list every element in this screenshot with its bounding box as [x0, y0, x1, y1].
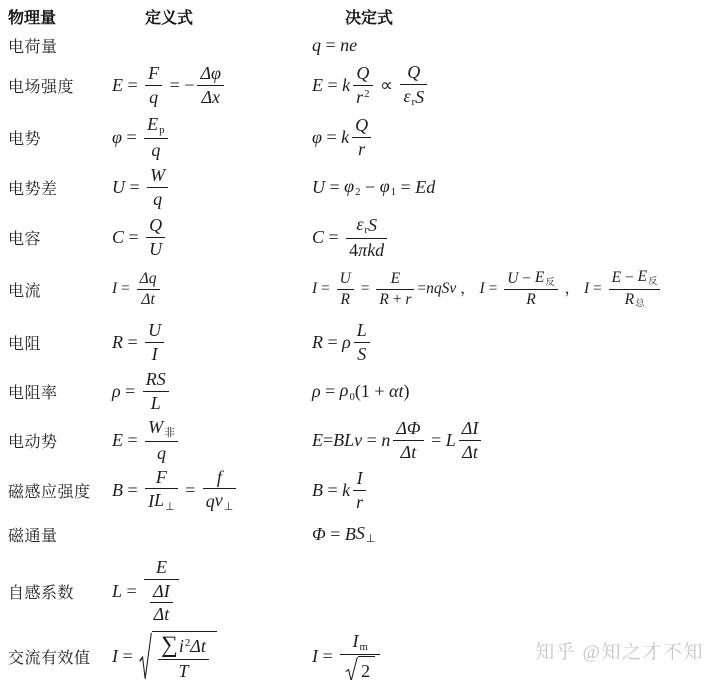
header-definition-formula: 定义式: [112, 5, 312, 28]
denominator: r: [352, 138, 371, 160]
subscript: p: [159, 124, 164, 136]
table-row: 电场强度 E = Fq = −ΔφΔx E = kQr2 ∝ QεrS: [8, 59, 720, 112]
math-variable: E: [112, 75, 123, 96]
subscript: ⊥: [165, 501, 174, 513]
header-physical-quantity: 物理量: [8, 5, 112, 28]
fraction: UI: [145, 320, 164, 364]
fraction: RSL: [143, 369, 169, 413]
math-variable: R: [341, 291, 350, 309]
math-operator: 4: [349, 240, 358, 261]
denominator: Δt: [137, 290, 160, 309]
fraction: EΔIΔt: [144, 557, 179, 625]
math-variable: E: [312, 430, 323, 451]
math-operator: =: [323, 480, 342, 501]
math-operator: −: [361, 177, 380, 198]
math-variable: T: [178, 661, 188, 680]
definition-formula: I = ∑i2ΔtT: [112, 631, 312, 680]
math-operator: =: [357, 280, 374, 298]
math-variable: n: [381, 430, 390, 451]
numerator: L: [354, 320, 370, 343]
math-variable: q: [153, 189, 162, 210]
math-operator: =: [125, 177, 144, 198]
math-operator: =: [321, 381, 340, 402]
math-variable: ρ: [312, 381, 321, 402]
denominator: q: [145, 86, 162, 108]
math-variable: C: [312, 227, 324, 248]
fraction: ΔqΔt: [137, 270, 160, 309]
denominator: U: [146, 238, 165, 260]
denominator: εrS: [400, 85, 427, 109]
math-operator: =: [323, 430, 333, 451]
math-variable: E: [156, 557, 167, 578]
watermark: 知乎 @知之才不知: [535, 637, 704, 664]
math-operator: −: [621, 269, 638, 287]
math-variable: F: [148, 63, 159, 84]
determining-formula: U = φ2 − φ1 = Ed: [312, 176, 720, 199]
numerator: Q: [353, 63, 372, 86]
summation-sign: ∑: [161, 634, 178, 657]
fraction: ΔφΔx: [197, 63, 224, 107]
math-operator: =: [122, 127, 141, 148]
math-variable: ne: [340, 35, 357, 56]
quantity-label: 电势: [8, 126, 112, 149]
numerator: I: [353, 468, 366, 491]
quantity-label: 电阻率: [8, 380, 112, 403]
numerator: F: [145, 467, 177, 490]
fraction: QεrS: [400, 62, 427, 109]
table-row: 电势 φ = Epq φ = kQr: [8, 112, 720, 162]
denominator: q: [144, 139, 167, 161]
radical-sign: [345, 656, 358, 680]
denominator: qv⊥: [203, 489, 236, 513]
definition-formula: C = QU: [112, 215, 312, 259]
math-operator: 2: [361, 661, 370, 680]
numerator: E: [144, 557, 179, 580]
determining-formula: ρ = ρ0(1 + αt): [312, 380, 720, 403]
numerator: RS: [143, 369, 169, 392]
numerator: E: [376, 270, 414, 290]
table-row: 电势差 U = Wq U = φ2 − φ1 = Ed: [8, 162, 720, 212]
definition-formula: ρ = RSL: [112, 369, 312, 413]
numerator: Q: [400, 62, 427, 85]
math-variable: R: [526, 291, 535, 309]
determining-formula: B = kIr: [312, 468, 720, 512]
denominator: q: [145, 442, 178, 464]
math-variable: U: [312, 177, 325, 198]
math-operator: =: [124, 227, 143, 248]
math-variable: q: [206, 491, 215, 512]
fraction: ΔΦΔt: [393, 418, 423, 462]
definition-formula: E = Fq = −ΔφΔx: [112, 63, 312, 107]
denominator: r2: [353, 86, 372, 108]
square-root: ∑i2ΔtT: [139, 631, 217, 680]
definition-formula: U = Wq: [112, 165, 312, 209]
math-operator: =: [324, 227, 343, 248]
numerator: Δφ: [197, 63, 224, 86]
math-operator: =: [118, 646, 137, 667]
fraction: Im2: [340, 631, 380, 680]
denominator: ΔIΔt: [144, 580, 179, 625]
math-operator: −: [518, 270, 535, 288]
denominator: Δt: [150, 603, 173, 625]
math-operator: ∝: [376, 75, 398, 96]
quantity-label: 电流: [8, 278, 112, 301]
math-variable: k: [342, 75, 350, 96]
math-variable: Δt: [401, 442, 417, 463]
math-variable: S: [415, 87, 424, 108]
definition-formula: φ = Epq: [112, 114, 312, 161]
numerator: U: [337, 270, 354, 290]
math-operator: =: [485, 280, 502, 298]
table-row: 磁通量 Φ = BS⊥: [8, 515, 720, 553]
math-variable-superscripted: r2: [356, 87, 369, 108]
subscript: m: [359, 641, 367, 653]
denominator: S: [354, 343, 370, 365]
numerator: ΔI: [459, 418, 482, 441]
fraction: ΔIΔt: [150, 581, 173, 625]
math-operator: =: [123, 332, 142, 353]
math-variable-subscripted: R总: [625, 291, 645, 311]
numerator: U: [145, 320, 164, 343]
math-operator: =: [396, 177, 415, 198]
quantity-label: 磁感应强度: [8, 479, 112, 502]
numerator: U − E反: [504, 269, 557, 291]
math-variable: Δφ: [200, 63, 221, 84]
math-variable: Q: [355, 115, 368, 136]
table-body: 电荷量 q = ne 电场强度 E = Fq = −ΔφΔx E = kQr2 …: [8, 31, 720, 680]
math-operator: =: [326, 524, 345, 545]
math-variable: R: [379, 291, 388, 309]
definition-formula: L = EΔIΔt: [112, 557, 312, 625]
math-variable: W: [150, 165, 165, 186]
table-row: 电阻率 ρ = RSL ρ = ρ0(1 + αt): [8, 368, 720, 415]
denominator: IL⊥: [145, 489, 177, 513]
determining-formula: R = ρLS: [312, 320, 720, 364]
denominator: q: [147, 188, 168, 210]
determining-formula: E = kQr2 ∝ QεrS: [312, 62, 720, 109]
math-operator: =: [427, 430, 446, 451]
math-operator: =: [322, 127, 341, 148]
math-variable: Ed: [415, 177, 435, 198]
subscript: ⊥: [224, 501, 233, 513]
fraction: UR: [337, 270, 354, 309]
fraction: ΔIΔt: [459, 418, 482, 462]
numerator: Im: [340, 631, 380, 656]
math-variable: I: [152, 344, 158, 365]
math-variable-subscripted: L⊥: [154, 490, 174, 513]
fraction: Wq: [147, 165, 168, 209]
denominator: r: [353, 491, 366, 513]
math-variable: q: [151, 140, 160, 161]
math-variable: B: [112, 480, 123, 501]
radical-sign: [139, 631, 152, 680]
fraction: W非q: [145, 417, 178, 464]
math-variable: Δt: [141, 291, 154, 309]
math-variable: S: [357, 344, 366, 365]
math-variable: Δt: [154, 604, 170, 625]
subscript: 非: [164, 427, 175, 439]
determining-formula: φ = kQr: [312, 115, 720, 159]
definition-formula: I = ΔqΔt: [112, 270, 312, 309]
math-operator: =: [323, 332, 342, 353]
determining-formula: I = UR = ER + r=nqSv ， I = U − E反R ， I =…: [312, 268, 720, 310]
numerator: W非: [145, 417, 178, 442]
math-operator: =: [123, 430, 142, 451]
math-variable: Q: [407, 62, 420, 83]
fraction: Epq: [144, 114, 167, 161]
radicand: 2: [358, 656, 375, 680]
math-operator: ): [403, 381, 409, 402]
determining-formula: q = ne: [312, 35, 720, 56]
denominator: T: [158, 660, 209, 680]
math-variable: E: [612, 269, 621, 287]
quantity-label: 交流有效值: [8, 645, 112, 668]
math-variable: ρ: [112, 381, 121, 402]
math-operator: =: [317, 280, 334, 298]
math-variable: r: [358, 139, 365, 160]
numerator: Δq: [137, 270, 160, 290]
subscript: ⊥: [366, 533, 375, 545]
math-operator: =: [121, 381, 140, 402]
numerator: E − E反: [609, 268, 661, 290]
math-variable: ΔI: [153, 581, 170, 602]
math-variable: L: [357, 320, 367, 341]
denominator: R: [337, 290, 354, 309]
math-variable: Δt: [190, 636, 206, 657]
math-variable-subscripted: E反: [535, 269, 555, 289]
table-row: 电流 I = ΔqΔt I = UR = ER + r=nqSv ， I = U…: [8, 262, 720, 316]
subscript: 反: [648, 277, 657, 287]
fraction: E − E反R总: [609, 268, 661, 310]
numerator: Q: [352, 115, 371, 138]
math-operator: (1 +: [355, 381, 389, 402]
math-variable-subscripted: φ2: [344, 176, 360, 199]
numerator: Q: [146, 215, 165, 238]
math-operator: =: [589, 280, 606, 298]
math-variable: I: [357, 468, 363, 489]
math-variable: U: [149, 239, 162, 260]
math-operator: =: [122, 581, 141, 602]
math-variable-subscripted: εr: [403, 86, 415, 109]
fraction: fqv⊥: [203, 467, 236, 514]
denominator: Δx: [197, 86, 224, 108]
math-operator: =: [181, 480, 200, 501]
fraction: Fq: [145, 63, 162, 107]
determining-formula: E=BLv = nΔΦΔt = LΔIΔt: [312, 418, 720, 462]
determining-formula: C = εrS4πkd: [312, 214, 720, 261]
fraction: LS: [354, 320, 370, 364]
math-variable: R: [112, 332, 123, 353]
math-operator: =: [417, 280, 426, 298]
fraction: U − E反R: [504, 269, 557, 309]
numerator: Ep: [144, 114, 167, 139]
fraction: Qr2: [353, 63, 372, 107]
math-variable: R: [312, 332, 323, 353]
math-variable-subscripted: v⊥: [215, 490, 233, 513]
math-variable: Q: [356, 63, 369, 84]
math-variable: L: [151, 393, 161, 414]
math-variable: L: [446, 430, 456, 451]
subscript: 反: [545, 278, 554, 288]
definition-formula: R = UI: [112, 320, 312, 364]
numerator: ΔΦ: [393, 418, 423, 441]
math-variable: φ: [312, 127, 322, 148]
denominator: I: [145, 343, 164, 365]
math-variable: Δt: [462, 442, 478, 463]
math-operator: =: [325, 177, 344, 198]
denominator: R: [504, 290, 557, 309]
math-variable: U: [340, 270, 351, 288]
math-variable-subscripted: E反: [638, 268, 658, 288]
numerator: εrS: [346, 214, 387, 239]
math-variable: Δq: [140, 270, 157, 288]
math-variable: f: [217, 467, 222, 488]
math-operator: +: [389, 291, 406, 309]
math-operator: ，: [561, 280, 584, 298]
definition-formula: B = FIL⊥ = fqv⊥: [112, 467, 312, 514]
square-root: 2: [345, 656, 375, 680]
math-variable: C: [112, 227, 124, 248]
numerator: ∑i2Δt: [158, 634, 209, 659]
math-variable: ΔI: [462, 418, 479, 439]
math-variable: Δx: [201, 87, 220, 108]
math-variable: φ: [112, 127, 122, 148]
math-variable: r: [405, 291, 411, 309]
fraction: Qr: [352, 115, 371, 159]
math-operator: =: [123, 480, 142, 501]
denominator: L: [143, 392, 169, 414]
quantity-label: 电阻: [8, 331, 112, 354]
fraction: QU: [146, 215, 165, 259]
math-variable: πkd: [358, 240, 384, 261]
denominator: R + r: [376, 290, 414, 309]
table-row: 电荷量 q = ne: [8, 31, 720, 59]
math-variable: Q: [149, 215, 162, 236]
math-variable: q: [149, 87, 158, 108]
quantity-label: 磁通量: [8, 523, 112, 546]
quantity-label: 自感系数: [8, 580, 112, 603]
math-variable: F: [156, 467, 167, 488]
math-variable: S: [368, 215, 377, 236]
math-variable: Φ: [312, 524, 326, 545]
math-variable: nqSv: [426, 280, 456, 298]
math-operator: =: [117, 280, 134, 298]
fraction: Ir: [353, 468, 366, 512]
superscript: 2: [364, 88, 369, 100]
fraction: ER + r: [376, 270, 414, 309]
math-variable: E: [391, 270, 400, 288]
numerator: f: [203, 467, 236, 490]
math-operator: =: [323, 75, 342, 96]
math-variable: ρ: [342, 332, 351, 353]
math-operator: =: [123, 75, 142, 96]
definition-formula: E = W非q: [112, 417, 312, 464]
math-variable-subscripted: W非: [148, 417, 175, 440]
quantity-label: 电荷量: [8, 34, 112, 57]
table-header: 物理量 定义式 决定式: [8, 5, 720, 31]
denominator: 4πkd: [346, 239, 387, 261]
math-variable-subscripted: Im: [352, 631, 367, 654]
math-variable-subscripted: S⊥: [356, 523, 375, 546]
math-operator: =: [318, 646, 337, 667]
math-variable: L: [112, 581, 122, 602]
math-variable: U: [507, 270, 518, 288]
math-variable: B: [345, 524, 356, 545]
math-variable: BLv: [333, 430, 362, 451]
math-variable-subscripted: ρ0: [340, 380, 355, 403]
math-variable: ΔΦ: [396, 418, 420, 439]
denominator: Δt: [393, 441, 423, 463]
math-variable: k: [342, 480, 350, 501]
math-variable: RS: [146, 369, 166, 390]
numerator: ΔI: [150, 581, 173, 604]
table-row: 自感系数 L = EΔIΔt: [8, 553, 720, 629]
physics-formula-sheet: 物理量 定义式 决定式 电荷量 q = ne 电场强度 E = Fq = −Δφ…: [0, 0, 720, 680]
math-operator: ，: [456, 280, 479, 298]
table-row: 电阻 R = UI R = ρLS: [8, 316, 720, 368]
math-variable-superscripted: i2: [179, 636, 190, 657]
fraction: εrS4πkd: [346, 214, 387, 261]
quantity-label: 电势差: [8, 176, 112, 199]
math-operator: = −: [165, 75, 194, 96]
math-variable: r: [356, 492, 363, 513]
math-variable: B: [312, 480, 323, 501]
math-operator: =: [362, 430, 381, 451]
quantity-label: 电场强度: [8, 74, 112, 97]
table-row: 电容 C = QU C = εrS4πkd: [8, 212, 720, 262]
quantity-label: 电容: [8, 226, 112, 249]
math-variable: αt: [389, 381, 403, 402]
math-variable: U: [148, 320, 161, 341]
denominator: 2: [340, 655, 380, 680]
determining-formula: Φ = BS⊥: [312, 523, 720, 546]
numerator: W: [147, 165, 168, 188]
quantity-label: 电动势: [8, 429, 112, 452]
math-variable: q: [312, 35, 321, 56]
math-variable: q: [157, 443, 166, 464]
numerator: F: [145, 63, 162, 86]
table-row: 电动势 E = W非q E=BLv = nΔΦΔt = LΔIΔt: [8, 415, 720, 465]
math-variable-subscripted: φ1: [380, 176, 396, 199]
math-variable: k: [341, 127, 349, 148]
math-variable-subscripted: εr: [356, 214, 368, 237]
math-variable: U: [112, 177, 125, 198]
math-variable: E: [112, 430, 123, 451]
fraction: ∑i2ΔtT: [158, 634, 209, 680]
denominator: Δt: [459, 441, 482, 463]
math-variable: E: [312, 75, 323, 96]
fraction: FIL⊥: [145, 467, 177, 514]
subscript: 总: [635, 299, 644, 309]
table-row: 磁感应强度 B = FIL⊥ = fqv⊥ B = kIr: [8, 465, 720, 515]
math-variable-subscripted: Ep: [147, 114, 164, 137]
radicand: ∑i2ΔtT: [152, 631, 217, 680]
math-operator: =: [321, 35, 340, 56]
header-determining-formula: 决定式: [312, 5, 720, 28]
denominator: R总: [609, 290, 661, 311]
